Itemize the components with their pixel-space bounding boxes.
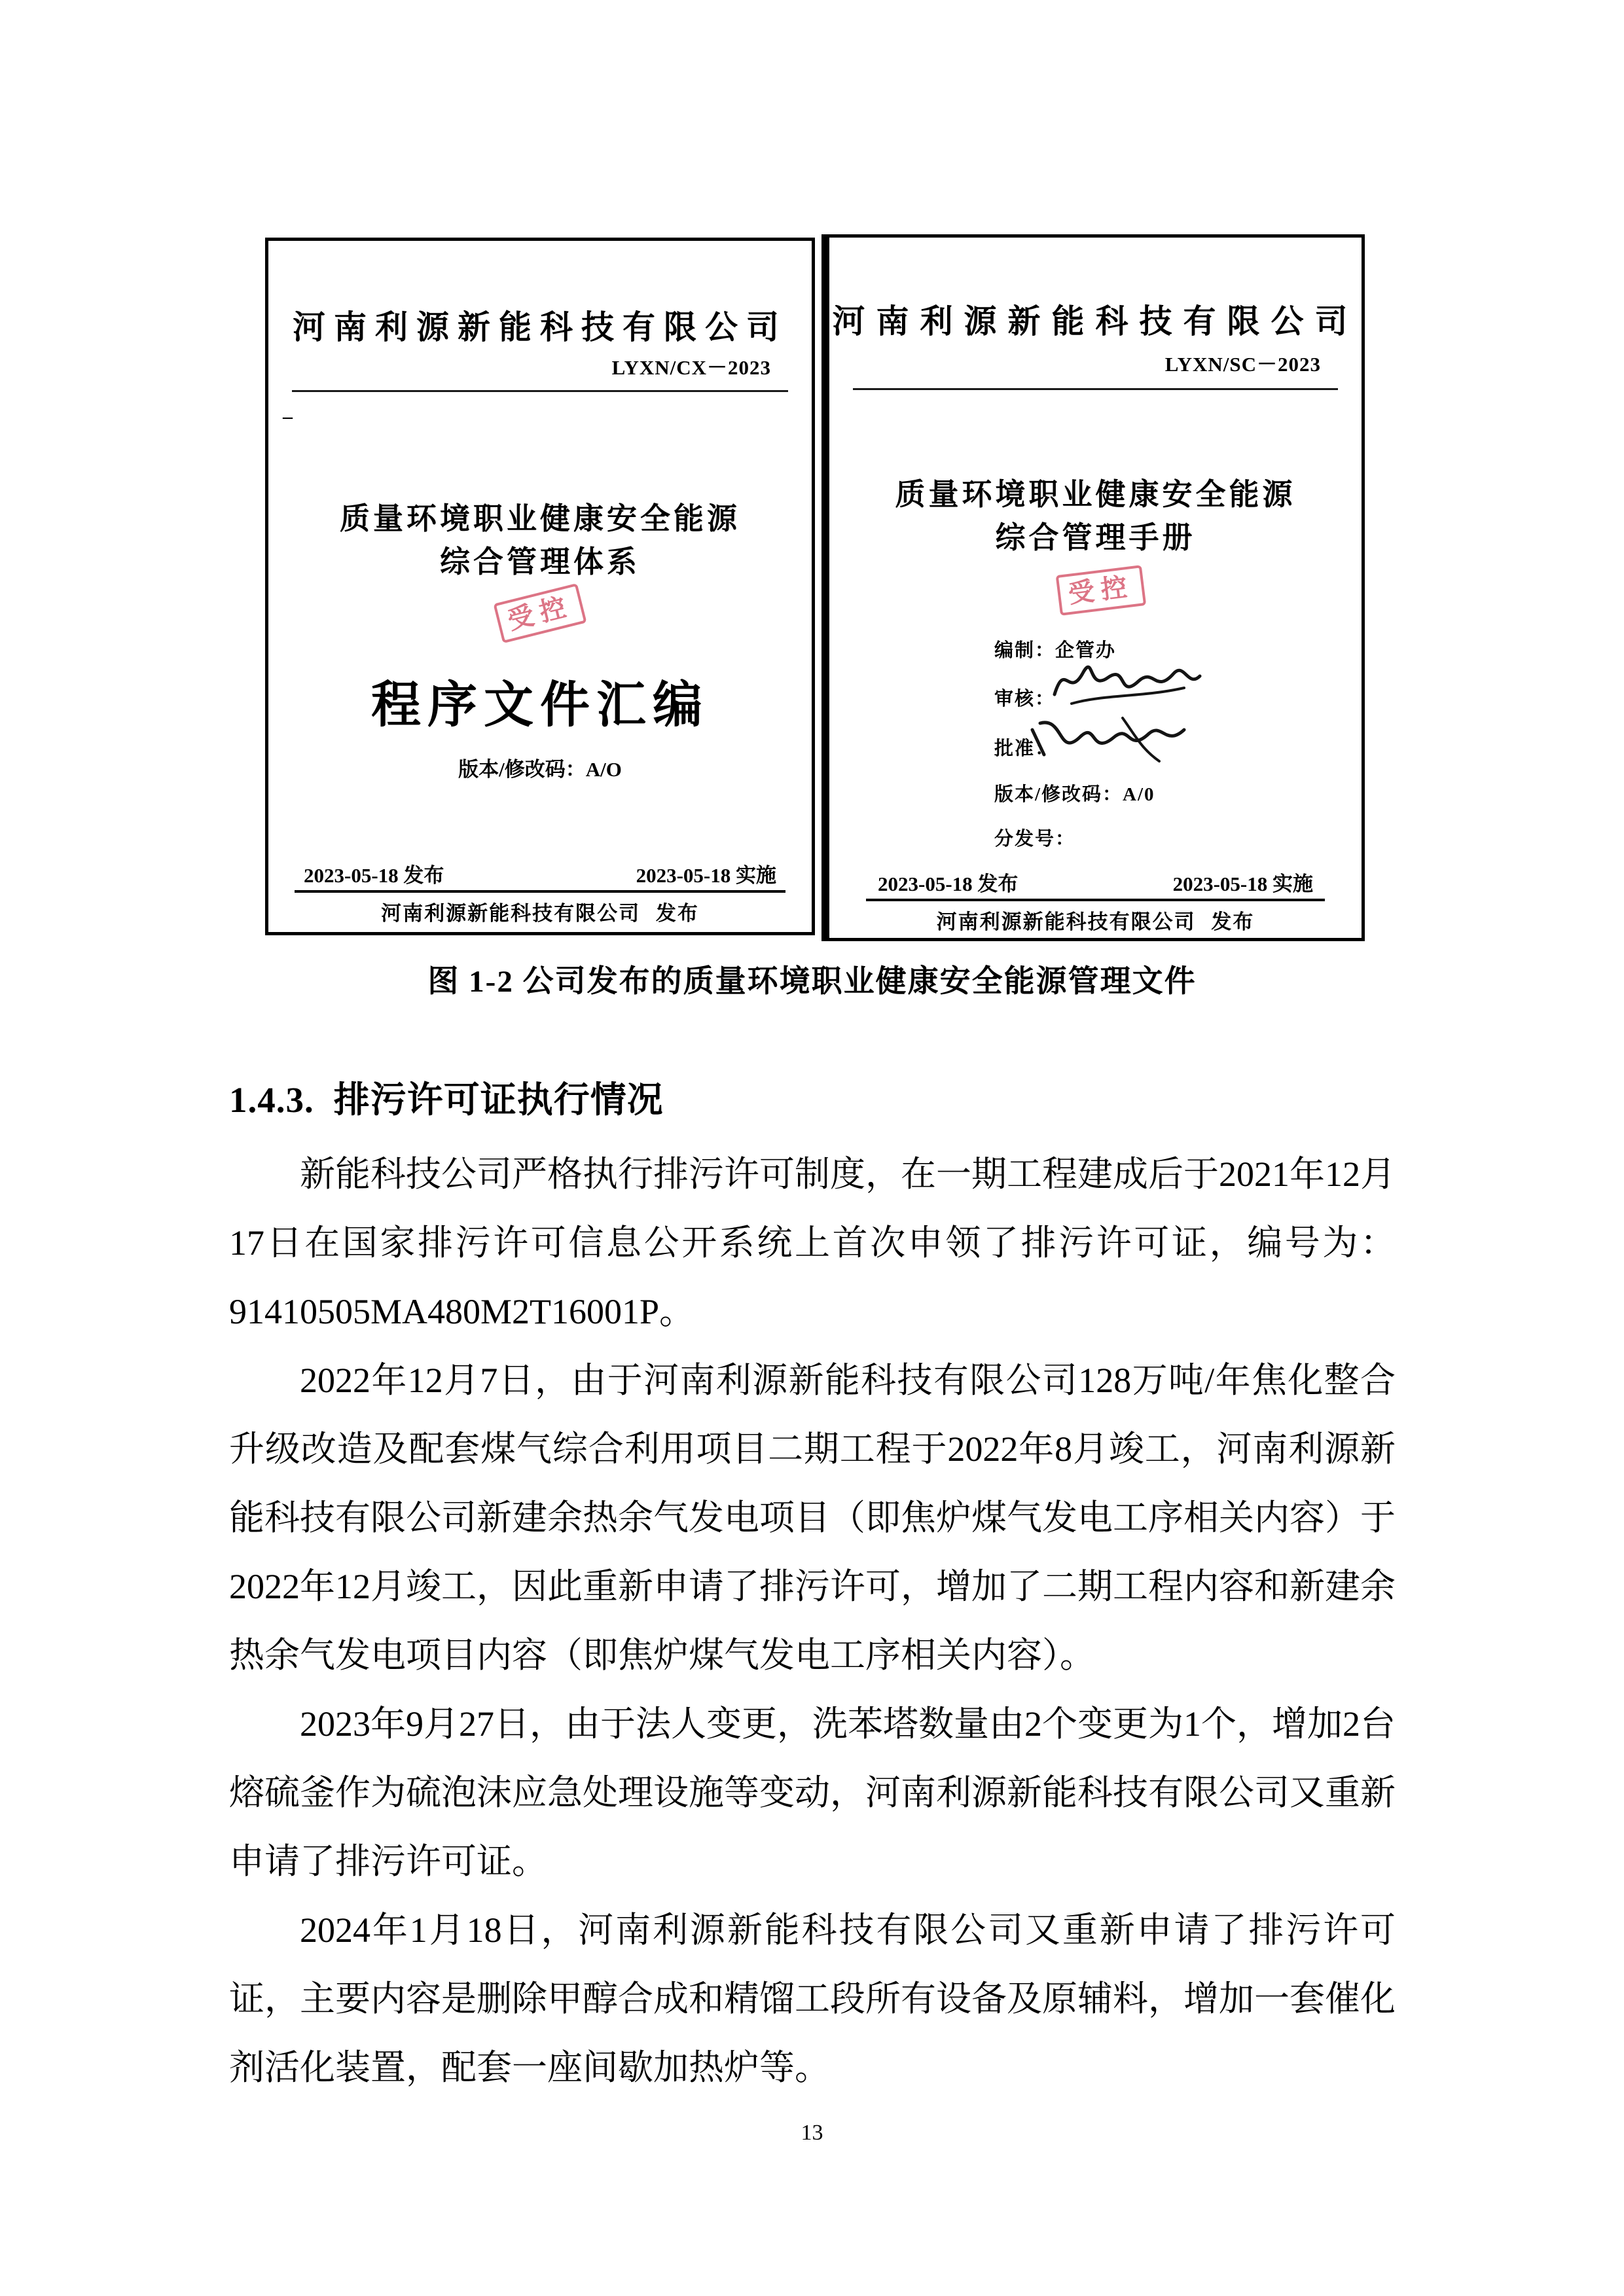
margin-mark: –	[283, 406, 293, 428]
bottom-rule	[866, 899, 1325, 901]
controlled-stamp: 受控	[493, 583, 586, 643]
document-title: 程序文件汇编	[268, 665, 812, 736]
section-title: 排污许可证执行情况	[334, 1080, 664, 1120]
system-title-line2: 综合管理体系	[268, 541, 812, 584]
controlled-stamp: 受控	[1055, 565, 1146, 616]
company-name: 河南利源新能科技有限公司	[829, 295, 1362, 342]
body-paragraph: 2024年1月18日，河南利源新能科技有限公司又重新申请了排污许可证，主要内容是…	[229, 1896, 1396, 2102]
date-row: 2023-05-18 发布 2023-05-18 实施	[304, 859, 776, 888]
publisher-line: 河南利源新能科技有限公司 发布	[268, 897, 812, 926]
horizontal-rule	[292, 390, 788, 392]
cover-procedure-compilation: 河南利源新能科技有限公司 LYXN/CX－2023 – 质量环境职业健康安全能源…	[265, 238, 815, 935]
release-date: 2023-05-18 发布	[878, 867, 1018, 897]
release-date: 2023-05-18 发布	[304, 859, 444, 888]
body-paragraph: 2022年12月7日，由于河南利源新能科技有限公司128万吨/年焦化整合升级改造…	[229, 1346, 1396, 1690]
system-title-line1: 质量环境职业健康安全能源	[829, 473, 1362, 516]
date-row: 2023-05-18 发布 2023-05-18 实施	[878, 867, 1313, 897]
system-title-line2: 综合管理手册	[829, 516, 1362, 560]
version-line: 版本/修改码：A/O	[268, 753, 812, 782]
page-number: 13	[0, 2121, 1624, 2145]
section-number: 1.4.3.	[229, 1080, 314, 1120]
system-title: 质量环境职业健康安全能源 综合管理手册	[829, 473, 1362, 560]
implement-date: 2023-05-18 实施	[636, 859, 776, 888]
distribution-line: 分发号：	[994, 824, 1075, 851]
body-text: 新能科技公司严格执行排污许可制度，在一期工程建成后于2021年12月17日在国家…	[229, 1140, 1396, 2102]
figure-caption: 图 1-2 公司发布的质量环境职业健康安全能源管理文件	[0, 957, 1624, 1001]
cover-management-manual: 河南利源新能科技有限公司 LYXN/SC－2023 质量环境职业健康安全能源 综…	[821, 234, 1365, 941]
document-code: LYXN/CX－2023	[612, 351, 771, 380]
document-page: 河南利源新能科技有限公司 LYXN/CX－2023 – 质量环境职业健康安全能源…	[0, 0, 1624, 2296]
signature-approve	[1024, 704, 1195, 772]
body-paragraph: 新能科技公司严格执行排污许可制度，在一期工程建成后于2021年12月17日在国家…	[229, 1140, 1396, 1346]
publisher-line: 河南利源新能科技有限公司 发布	[829, 905, 1362, 935]
figure-1-2-image: 河南利源新能科技有限公司 LYXN/CX－2023 – 质量环境职业健康安全能源…	[265, 234, 1365, 942]
bottom-rule	[295, 890, 785, 893]
system-title: 质量环境职业健康安全能源 综合管理体系	[268, 497, 812, 584]
horizontal-rule	[853, 388, 1338, 390]
body-paragraph: 2023年9月27日，由于法人变更，洗苯塔数量由2个变更为1个，增加2台熔硫釜作…	[229, 1690, 1396, 1896]
company-name: 河南利源新能科技有限公司	[268, 301, 812, 348]
document-code: LYXN/SC－2023	[1165, 348, 1321, 377]
section-heading: 1.4.3.排污许可证执行情况	[229, 1071, 664, 1122]
system-title-line1: 质量环境职业健康安全能源	[268, 497, 812, 541]
implement-date: 2023-05-18 实施	[1173, 867, 1313, 897]
version-line: 版本/修改码：A/0	[994, 780, 1155, 806]
